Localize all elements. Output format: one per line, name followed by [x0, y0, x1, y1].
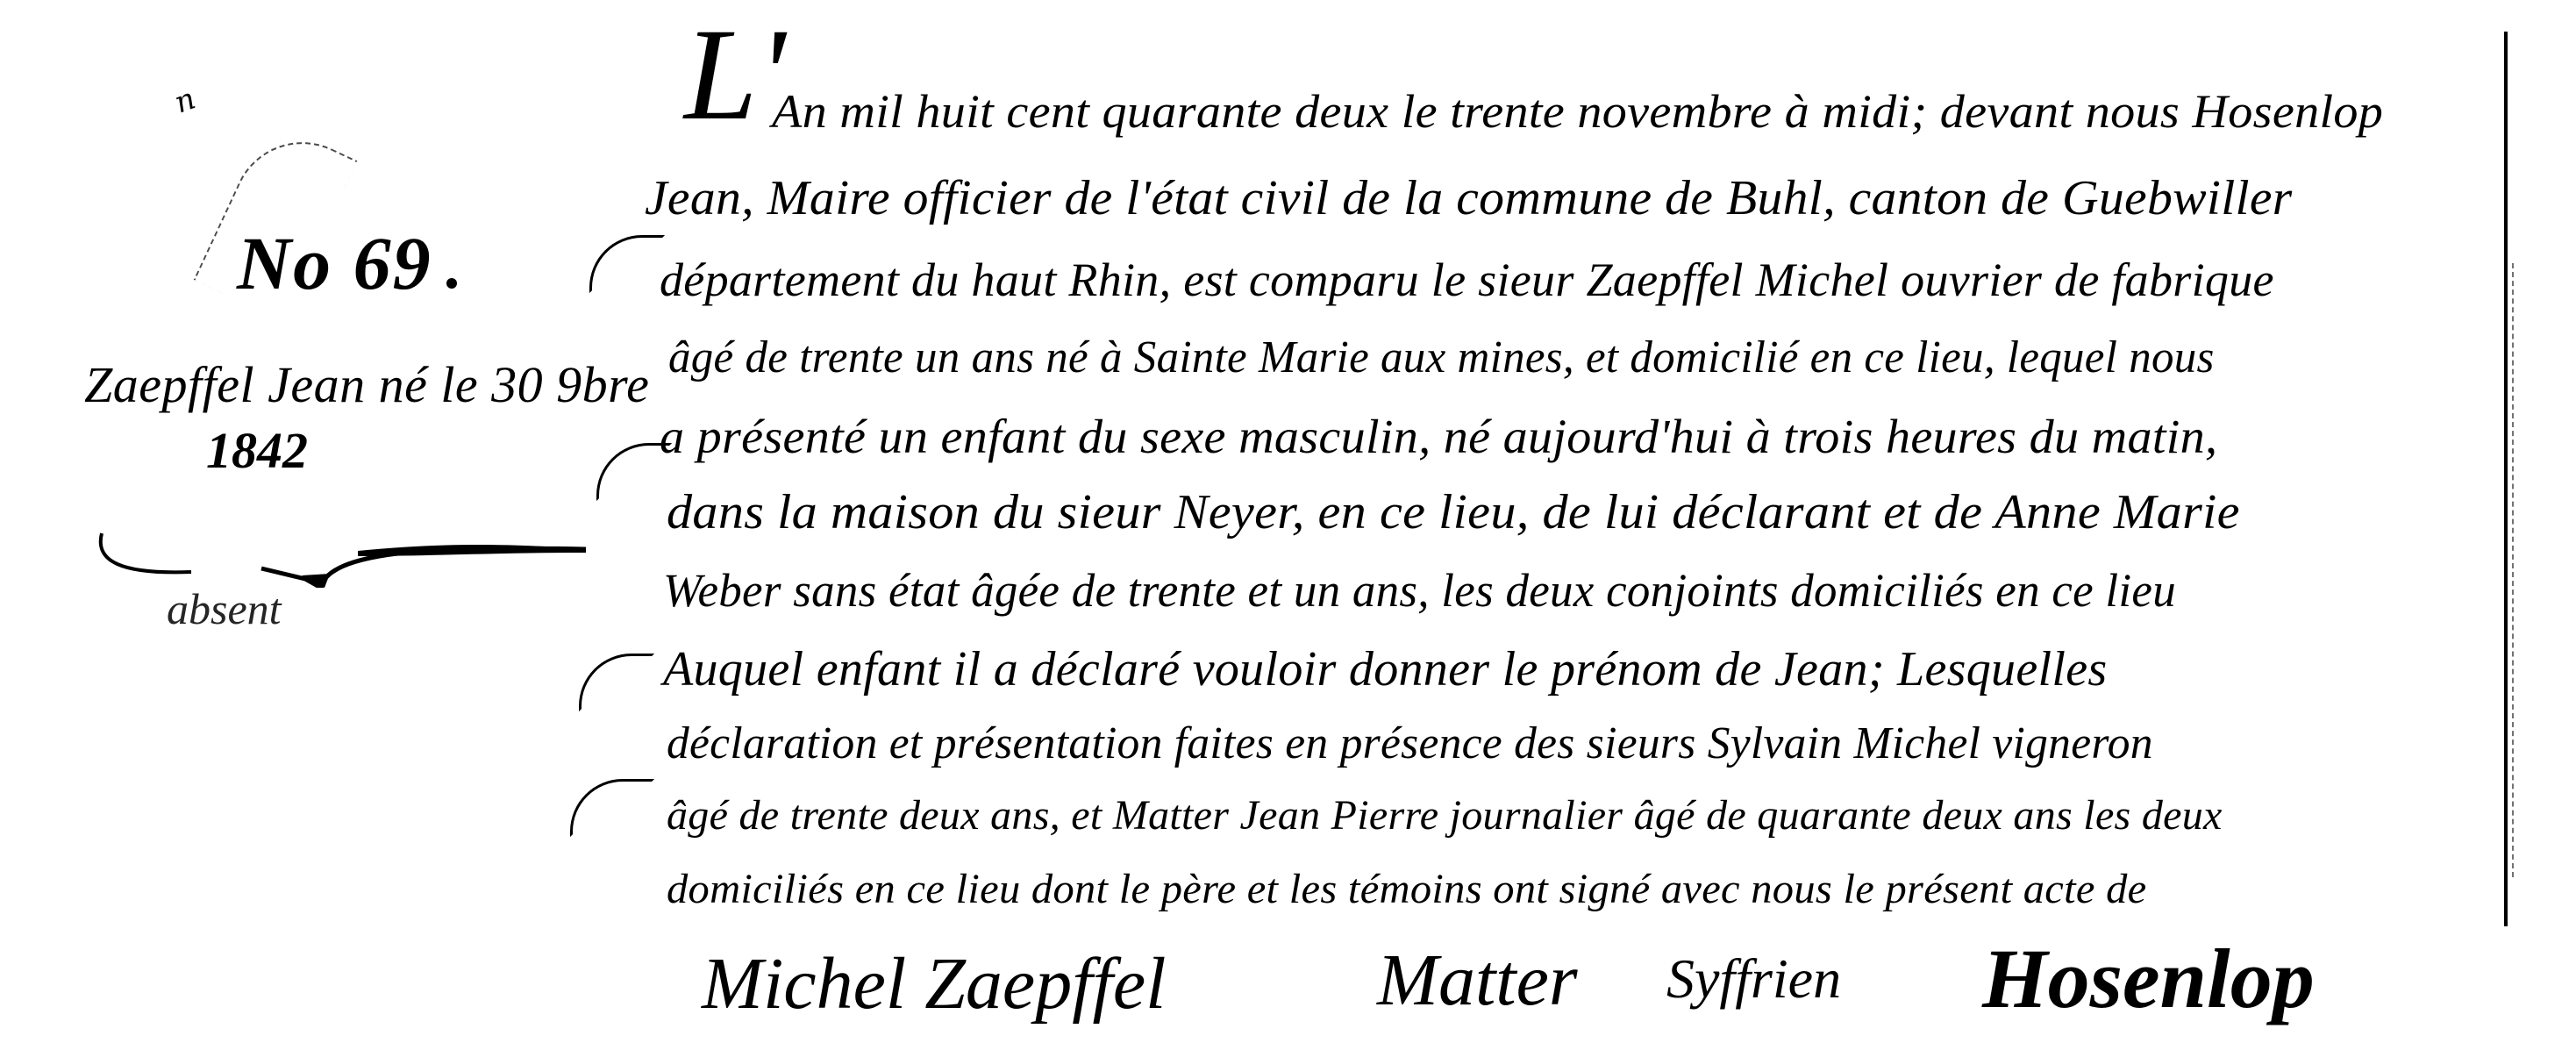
signatures-row: Michel Zaepffel Matter Syffrien Hosenlop	[684, 912, 2438, 1009]
signature-father: Michel Zaepffel	[702, 947, 1167, 1021]
margin-top-mark: n	[170, 81, 200, 120]
text-line-11: domiciliés en ce lieu dont le père et le…	[667, 868, 2147, 911]
text-line-10: âgé de trente deux ans, et Matter Jean P…	[667, 795, 2223, 837]
text-line-1: An mil huit cent quarante deux le trente…	[772, 88, 2383, 135]
curly-brace-icon	[95, 526, 586, 588]
text-line-8: Auquel enfant il a déclaré vouloir donne…	[663, 645, 2107, 694]
text-line-2: Jean, Maire officier de l'état civil de …	[645, 174, 2293, 223]
text-line-5: a présenté un enfant du sexe masculin, n…	[660, 412, 2217, 461]
left-margin: n No 69 Zaepffel Jean né le 30 9bre 1842…	[0, 0, 632, 1043]
text-line-7: Weber sans état âgée de trente et un ans…	[663, 567, 2176, 614]
scanned-document-page: n No 69 Zaepffel Jean né le 30 9bre 1842…	[0, 0, 2576, 1043]
text-line-6: dans la maison du sieur Neyer, en ce lie…	[667, 488, 2240, 537]
page-edge-line	[2504, 32, 2508, 926]
margin-entry-year: 1842	[206, 421, 308, 480]
act-number: No 69	[237, 219, 457, 307]
decorative-initial: L'	[684, 9, 786, 140]
page-edge-shadow	[2512, 263, 2515, 877]
period-dot	[446, 278, 457, 289]
text-line-4: âgé de trente un ans né à Sainte Marie a…	[668, 335, 2215, 381]
text-line-9: déclaration et présentation faites en pr…	[667, 721, 2153, 767]
text-line-3: département du haut Rhin, est comparu le…	[660, 256, 2274, 304]
margin-absent-note: absent	[167, 583, 282, 634]
signature-witness-matter: Matter	[1377, 944, 1578, 1018]
signature-witness-syffrien: Syffrien	[1666, 951, 1841, 1007]
margin-entry-name: Zaepffel Jean né le 30 9bre	[84, 355, 649, 414]
signature-mayor: Hosenlop	[1982, 937, 2315, 1021]
